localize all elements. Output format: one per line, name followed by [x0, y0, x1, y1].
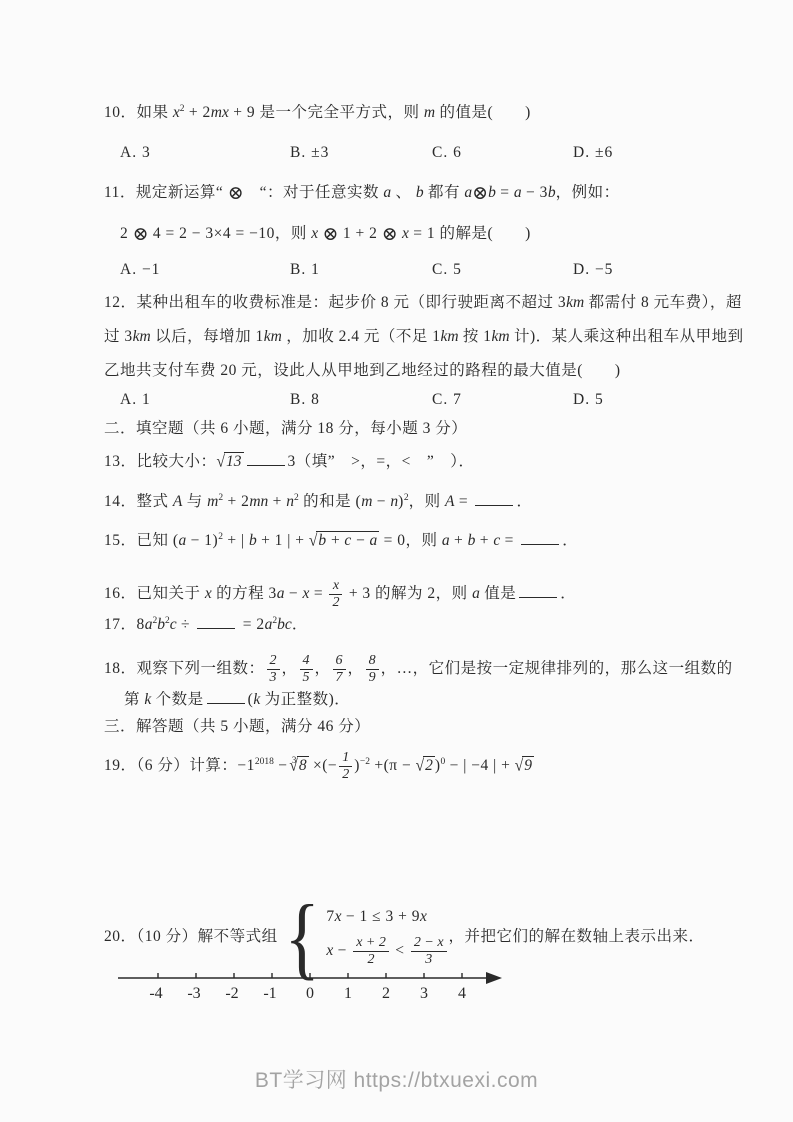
section-2-heading: 二．填空题（共 6 小题，满分 18 分，每小题 3 分）	[104, 419, 733, 439]
number-line-labels: -4 -3 -2 -1 0 1 2 3 4	[149, 985, 466, 1002]
option-12-d: D. 5	[573, 391, 604, 409]
footer-watermark: BT学习网 https://btxuexi.com	[0, 1064, 793, 1094]
inequality-system: 7x − 1 ≤ 3 + 9x x − x + 22 < 2 − x3	[326, 907, 448, 968]
number-line-label: 4	[458, 985, 466, 1002]
option-12-b: B. 8	[290, 391, 320, 409]
option-10-a: A. 3	[120, 144, 151, 162]
question-18-text-line2: 第 k 个数是(k 为正整数)．	[124, 689, 733, 710]
option-11-c: C. 5	[432, 261, 462, 279]
question-12-text-line1: 12．某种出租车的收费标准是：起步价 8 元（即行驶距离不超过 3km 都需付 …	[104, 293, 733, 313]
question-20-inequality-2: x − x + 22 < 2 − x3	[326, 935, 448, 968]
option-10-d: D. ±6	[573, 144, 613, 162]
question-18-text-line1: 18．观察下列一组数：23，45，67，89，…，它们是按一定规律排列的，那么这…	[104, 653, 733, 686]
option-10-b: B. ±3	[290, 144, 329, 162]
question-20-inequality-1: 7x − 1 ≤ 3 + 9x	[326, 907, 448, 927]
number-line-label: -3	[187, 985, 200, 1002]
question-16-text: 16．已知关于 x 的方程 3a − x = x2 + 3 的解为 2，则 a …	[104, 578, 733, 611]
question-10-text: 10．如果 x2 + 2mx + 9 是一个完全平方式，则 m 的值是( )	[104, 103, 733, 123]
number-line-label: 1	[344, 985, 352, 1002]
option-11-a: A. −1	[120, 261, 160, 279]
option-12-a: A. 1	[120, 391, 151, 409]
number-line-label: 2	[382, 985, 390, 1002]
section-3-heading: 三．解答题（共 5 小题，满分 46 分）	[104, 717, 733, 737]
number-line-label: -2	[225, 985, 238, 1002]
question-17-text: 17．8a2b2c ÷ = 2a2bc．	[104, 614, 733, 635]
option-10-c: C. 6	[432, 144, 462, 162]
option-11-d: D. −5	[573, 261, 613, 279]
number-line-label: 3	[420, 985, 428, 1002]
question-14-text: 14．整式 A 与 m2 + 2mn + n2 的和是 (m − n)2，则 A…	[104, 491, 733, 512]
number-line-label: 0	[306, 985, 314, 1002]
number-line-label: -4	[149, 985, 162, 1002]
question-12-text-line3: 乙地共支付车费 20 元，设此人从甲地到乙地经过的路程的最大值是( )	[104, 361, 733, 381]
number-line: -4 -3 -2 -1 0 1 2 3 4	[0, 964, 560, 1012]
question-20-label: 20．（10 分）解不等式组	[104, 927, 278, 947]
option-12-c: C. 7	[432, 391, 462, 409]
question-11-text-line2: 2 ⊗ 4 = 2 − 3×4 = −10，则 x ⊗ 1 + 2 ⊗ x = …	[120, 224, 733, 244]
question-13-text: 13．比较大小：√133（填” >，=，< ” ）．	[104, 451, 733, 472]
question-20-after: ，并把它们的解在数轴上表示出来．	[449, 927, 705, 947]
option-11-b: B. 1	[290, 261, 320, 279]
question-11-text-line1: 11．规定新运算“ ⊗ “：对于任意实数 a 、 b 都有 a⊗b = a − …	[104, 183, 733, 203]
number-line-ticks	[158, 973, 462, 978]
question-12-text-line2: 过 3km 以后，每增加 1km ，加收 2.4 元（不足 1km 按 1km …	[104, 327, 733, 347]
number-line-label: -1	[263, 985, 276, 1002]
question-15-text: 15．已知 (a − 1)2 + | b + 1 | + √b + c − a …	[104, 530, 733, 551]
number-line-arrow-icon	[486, 972, 502, 984]
exam-page: 10．如果 x2 + 2mx + 9 是一个完全平方式，则 m 的值是( ) A…	[0, 0, 793, 1122]
question-19-text: 19．（6 分）计算：−12018 − 3√8 ×(−12)−2 +(π − √…	[104, 750, 733, 783]
